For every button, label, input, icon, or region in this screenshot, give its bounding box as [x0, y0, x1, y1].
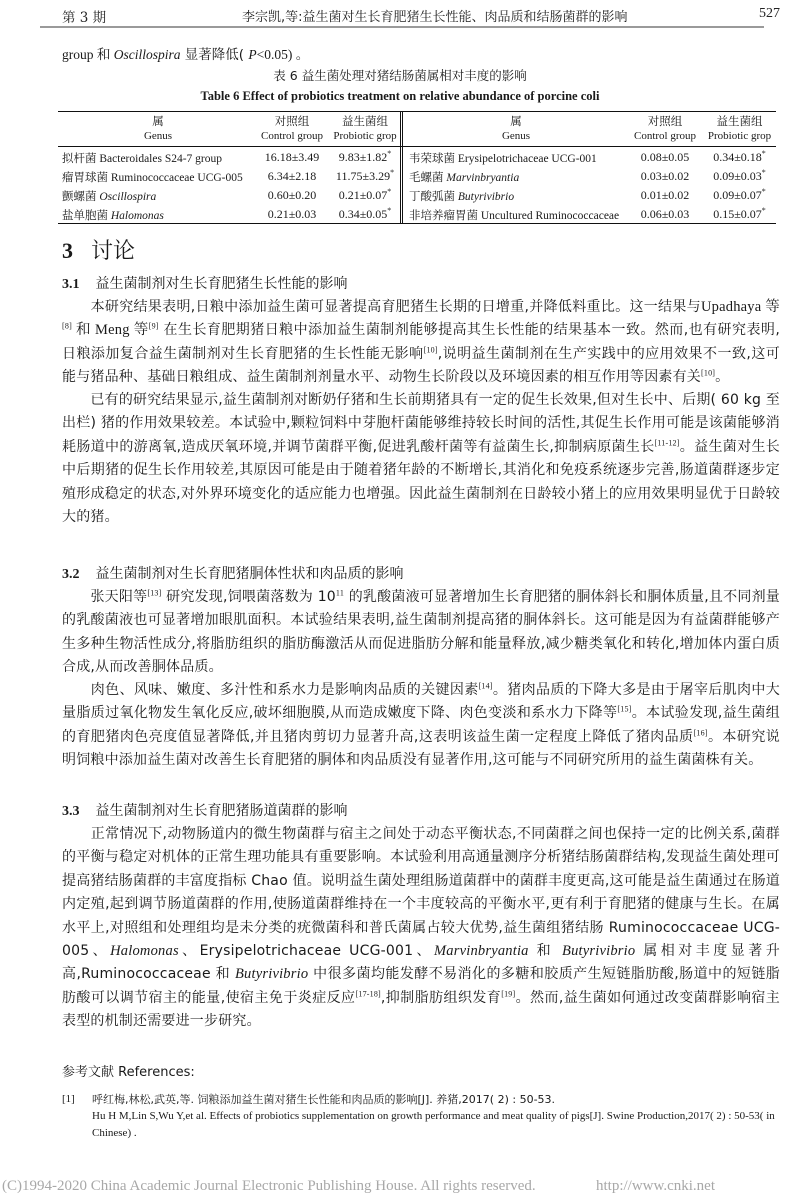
table-row: 瘤胃球菌 Ruminococcaceae UCG-005 6.34±2.18 1…	[58, 167, 400, 186]
col-genus-header: 属 Genus	[58, 114, 258, 144]
table-left-half: 属 Genus 对照组 Control group 益生菌组 Probiotic…	[58, 112, 400, 223]
paragraph: 肉色、风味、嫩度、多汁性和系水力是影响肉品质的关键因素[14]。猪肉品质的下降大…	[62, 679, 780, 773]
references-heading: 参考文献 References:	[62, 1061, 195, 1080]
col-probiotic-header: 益生菌组 Probiotic grop	[703, 114, 776, 144]
col-control-header: 对照组 Control group	[254, 114, 330, 144]
table-row: 盐单胞菌 Halomonas 0.21±0.03 0.34±0.05*	[58, 205, 400, 224]
col-probiotic-header: 益生菌组 Probiotic grop	[330, 114, 400, 144]
reference-cn: 呼红梅,林松,武英,等. 饲粮添加益生菌对猪生长性能和肉品质的影响[J]. 养猪…	[92, 1091, 780, 1108]
running-head: 第 3 期 李宗凯,等:益生菌对生长育肥猪生长性能、肉品质和结肠菌群的影响 52…	[62, 6, 780, 28]
table-row: 毛螺菌 Marvinbryantia 0.03±0.02 0.09±0.03*	[405, 167, 776, 186]
table-row: 韦荣球菌 Erysipelotrichaceae UCG-001 0.08±0.…	[405, 148, 776, 167]
reference-en: Hu H M,Lin S,Wu Y,et al. Effects of prob…	[92, 1108, 780, 1142]
subsection-heading-3-2: 3.2益生菌制剂对生长育肥猪胴体性状和肉品质的影响	[62, 563, 404, 583]
lead-line: group 和 Oscillospira 显著降低( P<0.05) 。	[62, 43, 309, 63]
footer-link[interactable]: http://www.cnki.net	[596, 1178, 715, 1195]
col-control-header: 对照组 Control group	[627, 114, 703, 144]
table-row: 拟杆菌 Bacteroidales S24-7 group 16.18±3.49…	[58, 148, 400, 167]
paragraph: 已有的研究结果显示,益生菌制剂对断奶仔猪和生长前期猪具有一定的促生长效果,但对生…	[62, 389, 780, 529]
section-heading: 3讨论	[62, 234, 135, 265]
subsection-heading-3-1: 3.1益生菌制剂对生长育肥猪生长性能的影响	[62, 273, 348, 293]
table-row: 丁酸弧菌 Butyrivibrio 0.01±0.02 0.09±0.07*	[405, 186, 776, 205]
table-row: 非培养瘤胃菌 Uncultured Ruminococcaceae 0.06±0…	[405, 205, 776, 224]
table-row: 颤螺菌 Oscillospira 0.60±0.20 0.21±0.07*	[58, 186, 400, 205]
genus-abundance-table: 属 Genus 对照组 Control group 益生菌组 Probiotic…	[58, 111, 776, 224]
paragraph: 本研究结果表明,日粮中添加益生菌可显著提高育肥猪生长期的日增重,并降低料重比。这…	[62, 296, 780, 390]
header-rule	[40, 26, 764, 28]
issue-number: 第 3 期	[62, 6, 106, 26]
table-caption-cn: 表 6 益生菌处理对猪结肠菌属相对丰度的影响	[0, 66, 800, 84]
col-genus-header: 属 Genus	[405, 114, 627, 144]
reference-index: [1]	[62, 1091, 75, 1108]
running-title: 李宗凯,等:益生菌对生长育肥猪生长性能、肉品质和结肠菌群的影响	[242, 6, 628, 25]
table-right-half: 属 Genus 对照组 Control group 益生菌组 Probiotic…	[405, 112, 776, 223]
paragraph: 正常情况下,动物肠道内的微生物菌群与宿主之间处于动态平衡状态,不同菌群之间也保持…	[62, 823, 780, 1034]
page-number: 527	[759, 6, 780, 22]
table-caption-en: Table 6 Effect of probiotics treatment o…	[0, 89, 800, 104]
table-double-divider	[400, 112, 403, 223]
paragraph: 张天阳等[13] 研究发现,饲喂菌落数为 1011 的乳酸菌液可显著增加生长育肥…	[62, 586, 780, 680]
copyright-text: (C)1994-2020 China Academic Journal Elec…	[2, 1178, 536, 1195]
subsection-heading-3-3: 3.3益生菌制剂对生长育肥猪肠道菌群的影响	[62, 800, 348, 820]
